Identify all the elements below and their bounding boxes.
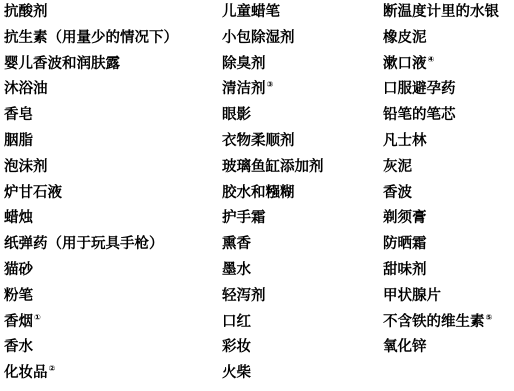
list-item: 抗生素（用量少的情况下） [4,28,219,54]
item-text: 香烟 [4,314,33,330]
list-item: 护手霜 [222,208,382,234]
list-item: 墨水 [222,260,382,286]
list-item: 炉甘石液 [4,183,219,209]
item-text: 儿童蜡笔 [222,4,280,20]
column-2: 儿童蜡笔 小包除湿剂 除臭剂 清洁剂③ 眼影 衣物柔顺剂 玻璃鱼缸添加剂 胶水和… [222,2,382,389]
item-text: 沐浴油 [4,81,48,97]
item-text: 香波 [383,185,412,201]
list-item: 剃须膏 [383,208,514,234]
list-item: 香水 [4,337,219,363]
item-text: 彩妆 [222,339,251,355]
item-text: 除臭剂 [222,56,266,72]
list-item: 凡士林 [383,131,514,157]
list-item: 灰泥 [383,157,514,183]
list-item: 香波 [383,183,514,209]
list-item: 粉笔 [4,286,219,312]
list-item: 婴儿香波和润肤露 [4,54,219,80]
item-text: 婴儿香波和润肤露 [4,56,120,72]
item-text: 香水 [4,339,33,355]
item-text: 粉笔 [4,288,33,304]
list-item: 胭脂 [4,131,219,157]
list-item: 化妆品② [4,363,219,389]
item-text: 断温度计里的水银 [383,4,499,20]
list-item: 彩妆 [222,337,382,363]
column-1: 抗酸剂 抗生素（用量少的情况下） 婴儿香波和润肤露 沐浴油 香皂 胭脂 泡沫剂 … [4,2,219,389]
list-item: 玻璃鱼缸添加剂 [222,157,382,183]
list-item: 抗酸剂 [4,2,219,28]
item-text: 凡士林 [383,133,427,149]
substance-list-table: 抗酸剂 抗生素（用量少的情况下） 婴儿香波和润肤露 沐浴油 香皂 胭脂 泡沫剂 … [0,0,514,391]
list-item: 口红 [222,312,382,338]
footnote-marker: ⑤ [486,313,493,322]
item-text: 炉甘石液 [4,185,62,201]
list-item: 防晒霜 [383,234,514,260]
item-text: 香皂 [4,107,33,123]
list-item: 铅笔的笔芯 [383,105,514,131]
item-text: 眼影 [222,107,251,123]
item-text: 抗生素（用量少的情况下） [4,30,178,46]
item-text: 墨水 [222,262,251,278]
item-text: 口服避孕药 [383,81,456,97]
list-item: 漱口液④ [383,54,514,80]
item-text: 氧化锌 [383,339,427,355]
list-item: 猫砂 [4,260,219,286]
item-text: 泡沫剂 [4,159,48,175]
item-text: 玻璃鱼缸添加剂 [222,159,324,175]
list-item: 氧化锌 [383,337,514,363]
item-text: 橡皮泥 [383,30,427,46]
list-item: 甲状腺片 [383,286,514,312]
item-text: 甜味剂 [383,262,427,278]
item-text: 剃须膏 [383,210,427,226]
item-text: 铅笔的笔芯 [383,107,456,123]
item-text: 口红 [222,314,251,330]
footnote-marker: ③ [267,80,274,89]
item-text: 小包除湿剂 [222,30,295,46]
list-item: 口服避孕药 [383,79,514,105]
list-item: 不含铁的维生素⑤ [383,312,514,338]
list-item: 儿童蜡笔 [222,2,382,28]
list-item: 轻泻剂 [222,286,382,312]
list-item: 纸弹药（用于玩具手枪） [4,234,219,260]
item-text: 甲状腺片 [383,288,441,304]
item-text: 火柴 [222,365,251,381]
list-item: 蜡烛 [4,208,219,234]
list-item: 香皂 [4,105,219,131]
item-text: 胭脂 [4,133,33,149]
item-text: 清洁剂 [222,81,266,97]
item-text: 猫砂 [4,262,33,278]
item-text: 化妆品 [4,365,48,381]
list-item: 泡沫剂 [4,157,219,183]
list-item: 香烟① [4,312,219,338]
item-text: 蜡烛 [4,210,33,226]
list-item: 清洁剂③ [222,79,382,105]
list-item: 眼影 [222,105,382,131]
footnote-marker: ② [49,364,56,373]
footnote-marker: ① [34,313,41,322]
list-item: 断温度计里的水银 [383,2,514,28]
item-text: 漱口液 [383,56,427,72]
list-item: 除臭剂 [222,54,382,80]
item-text: 轻泻剂 [222,288,266,304]
item-text: 灰泥 [383,159,412,175]
item-text: 纸弹药（用于玩具手枪） [4,236,164,252]
list-item: 沐浴油 [4,79,219,105]
item-text: 护手霜 [222,210,266,226]
item-text: 不含铁的维生素 [383,314,485,330]
list-item: 胶水和糨糊 [222,183,382,209]
list-item: 衣物柔顺剂 [222,131,382,157]
item-text: 抗酸剂 [4,4,48,20]
column-3: 断温度计里的水银 橡皮泥 漱口液④ 口服避孕药 铅笔的笔芯 凡士林 灰泥 香波 … [383,2,514,363]
list-item: 熏香 [222,234,382,260]
item-text: 胶水和糨糊 [222,185,295,201]
item-text: 衣物柔顺剂 [222,133,295,149]
list-item: 小包除湿剂 [222,28,382,54]
item-text: 防晒霜 [383,236,427,252]
list-item: 甜味剂 [383,260,514,286]
list-item: 火柴 [222,363,382,389]
list-item: 橡皮泥 [383,28,514,54]
footnote-marker: ④ [428,55,435,64]
item-text: 熏香 [222,236,251,252]
